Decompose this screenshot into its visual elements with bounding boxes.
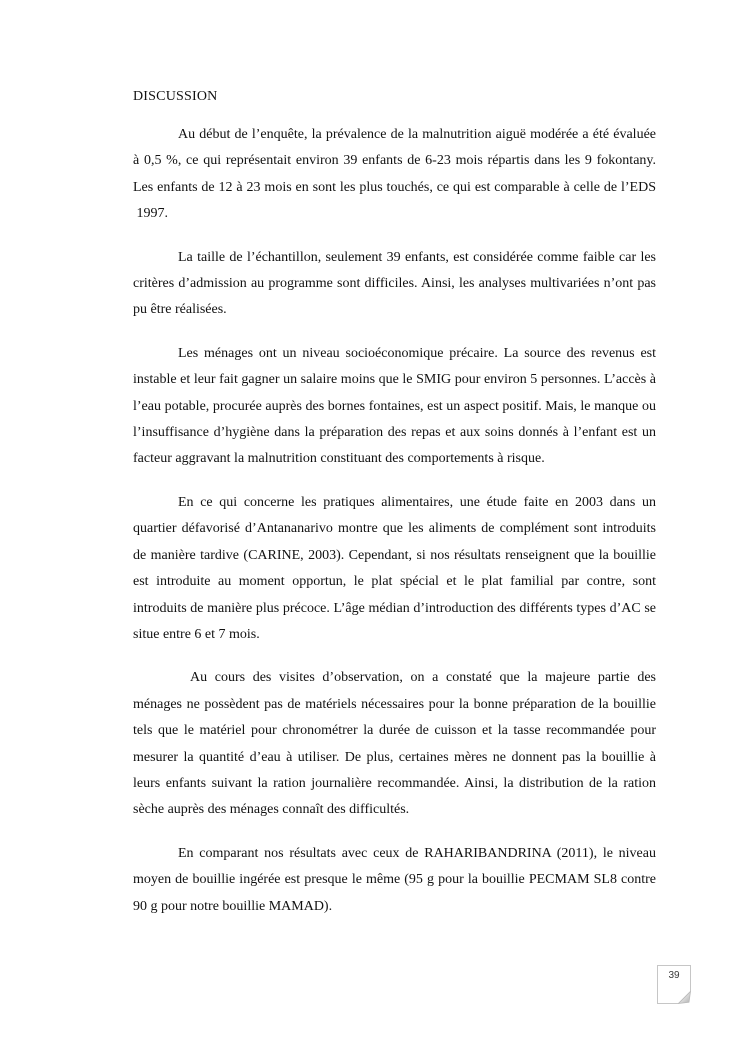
paragraph: Au cours des visites d’observation, on a… — [133, 665, 656, 823]
paragraph: En ce qui concerne les pratiques aliment… — [133, 490, 656, 648]
paragraph: Les ménages ont un niveau socioéconomiqu… — [133, 341, 656, 473]
page-number: 39 — [657, 970, 691, 981]
paragraph: Au début de l’enquête, la prévalence de … — [133, 122, 656, 228]
paragraph: En comparant nos résultats avec ceux de … — [133, 841, 656, 920]
section-heading: DISCUSSION — [133, 84, 656, 110]
page-number-box: 39 — [657, 965, 691, 1004]
document-page: DISCUSSION Au début de l’enquête, la pré… — [0, 0, 745, 1053]
paragraph: La taille de l’échantillon, seulement 39… — [133, 245, 656, 324]
page-content: DISCUSSION Au début de l’enquête, la pré… — [133, 84, 656, 937]
